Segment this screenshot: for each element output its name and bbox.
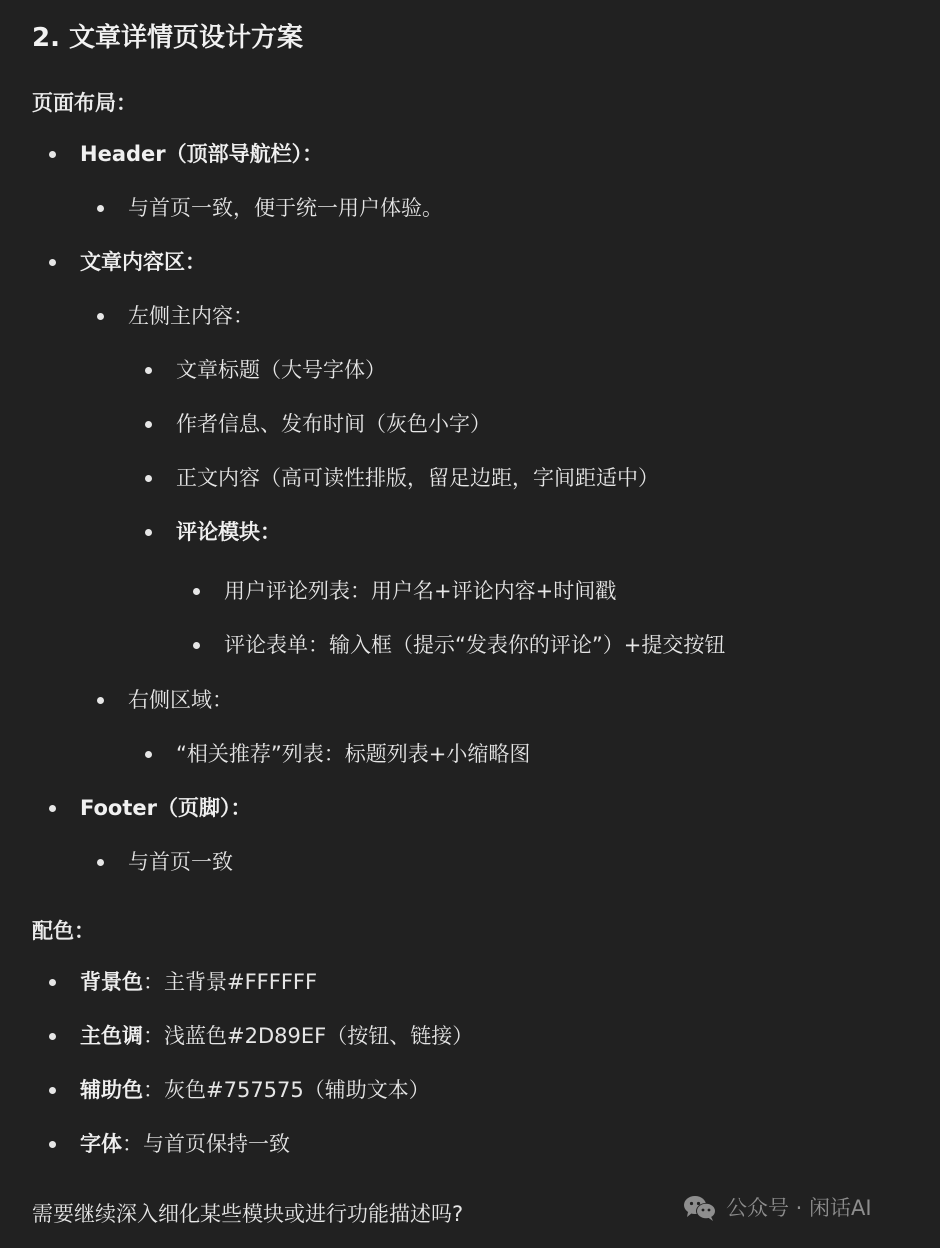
bullet-icon	[97, 697, 104, 704]
bullet-icon	[145, 367, 152, 374]
list-item: “相关推荐”列表：标题列表+小缩略图	[176, 739, 530, 769]
section-heading: 2. 文章详情页设计方案	[32, 18, 303, 58]
list-item-article-content: 文章内容区：	[80, 247, 206, 277]
color-item-font: 字体：与首页保持一致	[80, 1129, 290, 1159]
layout-section-title: 页面布局：	[32, 88, 137, 118]
closing-question: 需要继续深入细化某些模块或进行功能描述吗?	[32, 1199, 463, 1229]
color-section-title: 配色：	[32, 916, 95, 946]
bullet-icon	[49, 151, 56, 158]
watermark: 公众号 · 闲话AI	[682, 1193, 872, 1223]
bullet-icon	[97, 859, 104, 866]
bullet-icon	[193, 588, 200, 595]
bullet-icon	[193, 642, 200, 649]
list-item: 文章标题（大号字体）	[176, 355, 386, 385]
bullet-icon	[49, 1033, 56, 1040]
wechat-icon	[682, 1194, 718, 1222]
list-item-right-area: 右侧区域：	[128, 685, 233, 715]
color-item-primary: 主色调：浅蓝色#2D89EF（按钮、链接）	[80, 1021, 473, 1051]
list-item-comment-module: 评论模块：	[176, 517, 281, 547]
list-item-footer: Footer（页脚）：	[80, 793, 252, 823]
list-item: 评论表单：输入框（提示“发表你的评论”）+提交按钮	[224, 630, 725, 660]
bullet-icon	[49, 259, 56, 266]
list-item: 正文内容（高可读性排版，留足边距，字间距适中）	[176, 463, 659, 493]
bullet-icon	[145, 421, 152, 428]
watermark-text: 公众号 · 闲话AI	[726, 1193, 872, 1223]
list-item: 与首页一致，便于统一用户体验。	[128, 193, 443, 223]
bullet-icon	[97, 313, 104, 320]
color-item-background: 背景色：主背景#FFFFFF	[80, 967, 317, 997]
color-item-secondary: 辅助色：灰色#757575（辅助文本）	[80, 1075, 430, 1105]
bullet-icon	[49, 1141, 56, 1148]
bullet-icon	[145, 529, 152, 536]
list-item: 作者信息、发布时间（灰色小字）	[176, 409, 491, 439]
list-item: 与首页一致	[128, 847, 233, 877]
bullet-icon	[145, 475, 152, 482]
bullet-icon	[97, 205, 104, 212]
bullet-icon	[49, 805, 56, 812]
list-item-left-main: 左侧主内容：	[128, 301, 254, 331]
bullet-icon	[49, 1087, 56, 1094]
bullet-icon	[49, 979, 56, 986]
list-item-header: Header（顶部导航栏）：	[80, 139, 323, 169]
bullet-icon	[145, 751, 152, 758]
list-item: 用户评论列表：用户名+评论内容+时间戳	[224, 576, 616, 606]
